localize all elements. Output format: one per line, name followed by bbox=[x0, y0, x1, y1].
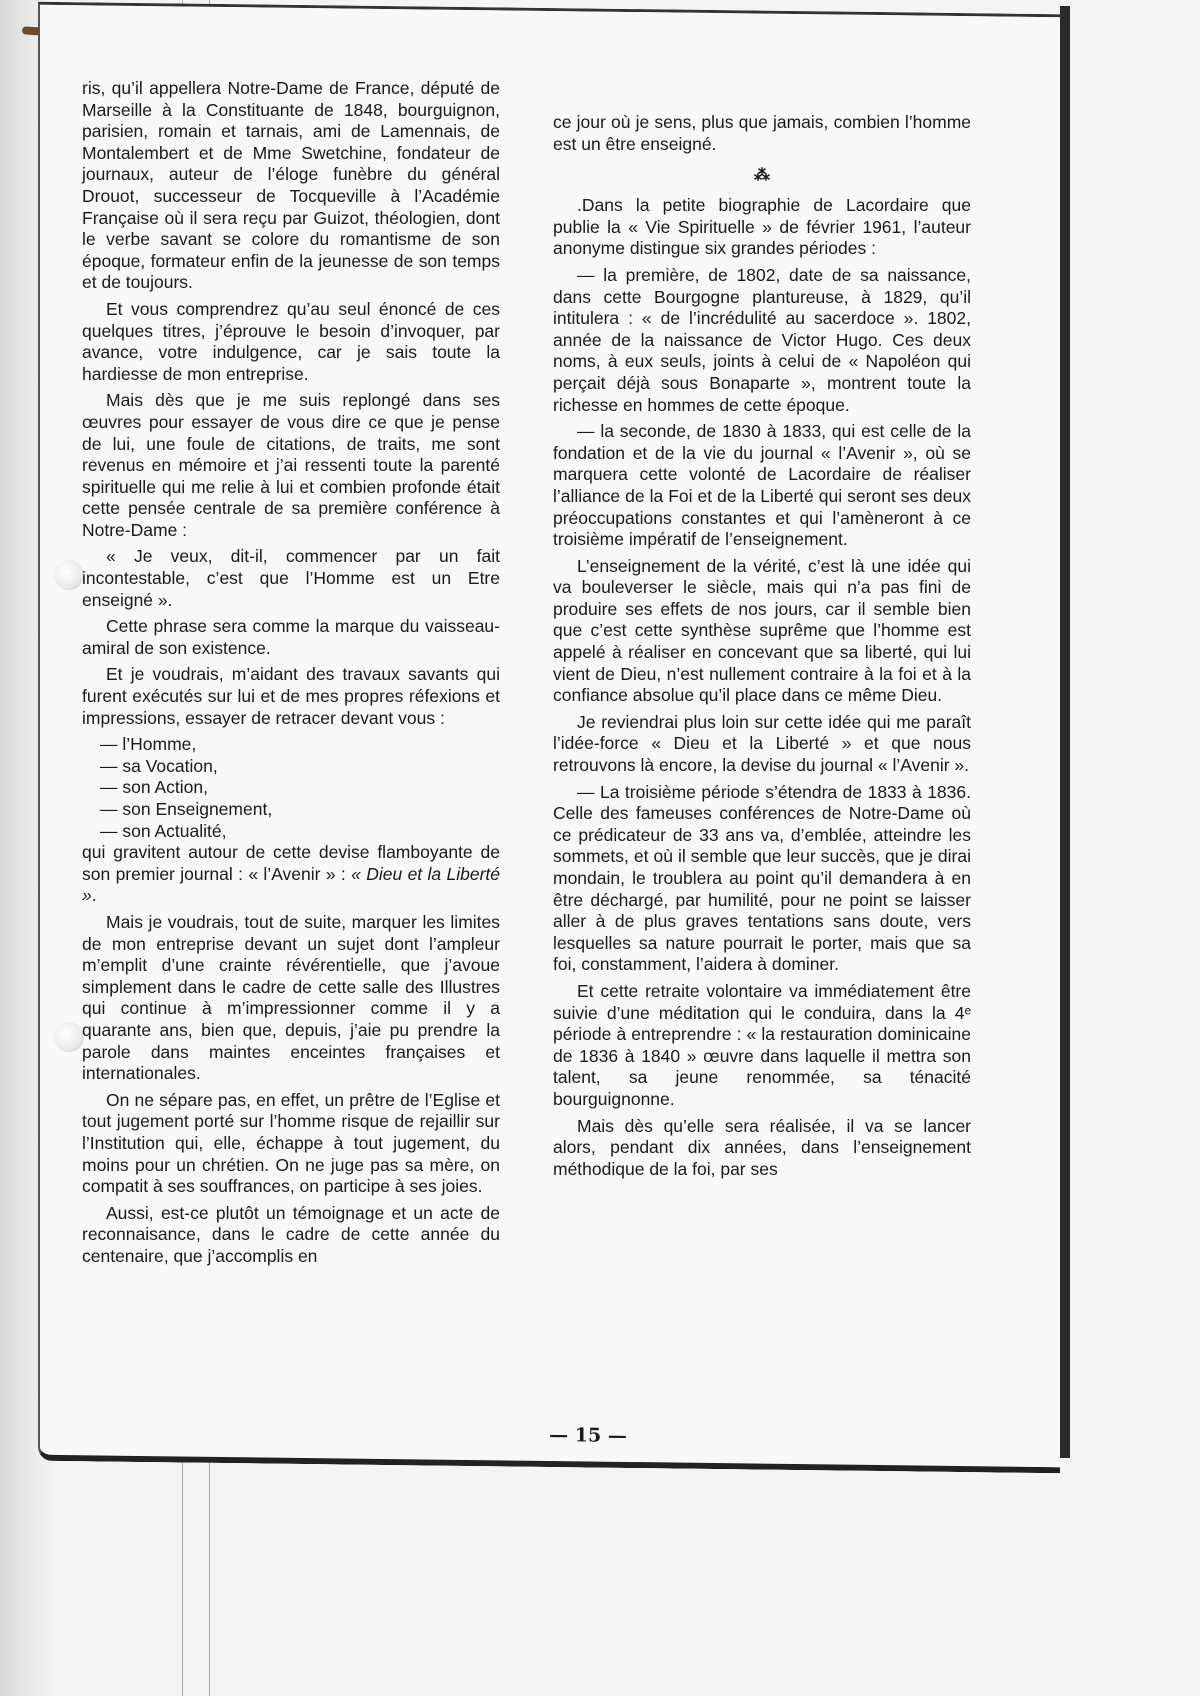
paragraph: Aussi, est-ce plutôt un témoignage et un… bbox=[82, 1203, 500, 1268]
paragraph: Cette phrase sera comme la marque du vai… bbox=[82, 616, 500, 659]
paragraph: .Dans la petite biographie de Lacordaire… bbox=[553, 195, 971, 260]
paragraph: On ne sépare pas, en effet, un prêtre de… bbox=[82, 1090, 500, 1198]
paragraph: Et je voudrais, m’aidant des travaux sav… bbox=[82, 664, 500, 729]
paragraph: — la première, de 1802, date de sa naiss… bbox=[553, 265, 971, 416]
paragraph: Mais dès que je me suis replongé dans se… bbox=[82, 390, 500, 541]
paragraph: Mais je voudrais, tout de suite, marquer… bbox=[82, 912, 500, 1085]
paragraph: qui gravitent autour de cette devise fla… bbox=[82, 842, 500, 907]
page-number: — 15 — bbox=[40, 1418, 1098, 1453]
asterism-separator: ⁂ bbox=[553, 169, 971, 183]
list-item: — son Actualité, bbox=[100, 821, 500, 843]
paragraph: Je reviendrai plus loin sur cette idée q… bbox=[553, 712, 971, 777]
paragraph: — la seconde, de 1830 à 1833, qui est ce… bbox=[553, 421, 971, 551]
book-cover-edge bbox=[1060, 6, 1070, 1458]
paragraph: Et cette retraite volontaire va immédiat… bbox=[553, 981, 971, 1111]
paragraph: Mais dès qu’elle sera réalisée, il va se… bbox=[553, 1116, 971, 1181]
paragraph: ris, qu’il appellera Notre-Dame de Franc… bbox=[82, 78, 500, 294]
right-text-column: ce jour où je sens, plus que jamais, com… bbox=[553, 112, 971, 1185]
paragraph: L’enseignement de la vérité, c’est là un… bbox=[553, 556, 971, 707]
topic-list: — l’Homme,— sa Vocation,— son Action,— s… bbox=[100, 734, 500, 842]
list-item: — sa Vocation, bbox=[100, 756, 500, 778]
left-text-column: ris, qu’il appellera Notre-Dame de Franc… bbox=[82, 78, 500, 1272]
punch-hole bbox=[54, 1022, 84, 1052]
list-item: — son Enseignement, bbox=[100, 799, 500, 821]
list-item: — son Action, bbox=[100, 777, 500, 799]
paragraph: « Je veux, dit-il, commencer par un fait… bbox=[82, 546, 500, 611]
punch-hole bbox=[54, 560, 84, 590]
paragraph: Et vous comprendrez qu’au seul énoncé de… bbox=[82, 299, 500, 385]
paragraph: — La troisième période s’étendra de 1833… bbox=[553, 782, 971, 976]
paragraph: ce jour où je sens, plus que jamais, com… bbox=[553, 112, 971, 155]
list-item: — l’Homme, bbox=[100, 734, 500, 756]
